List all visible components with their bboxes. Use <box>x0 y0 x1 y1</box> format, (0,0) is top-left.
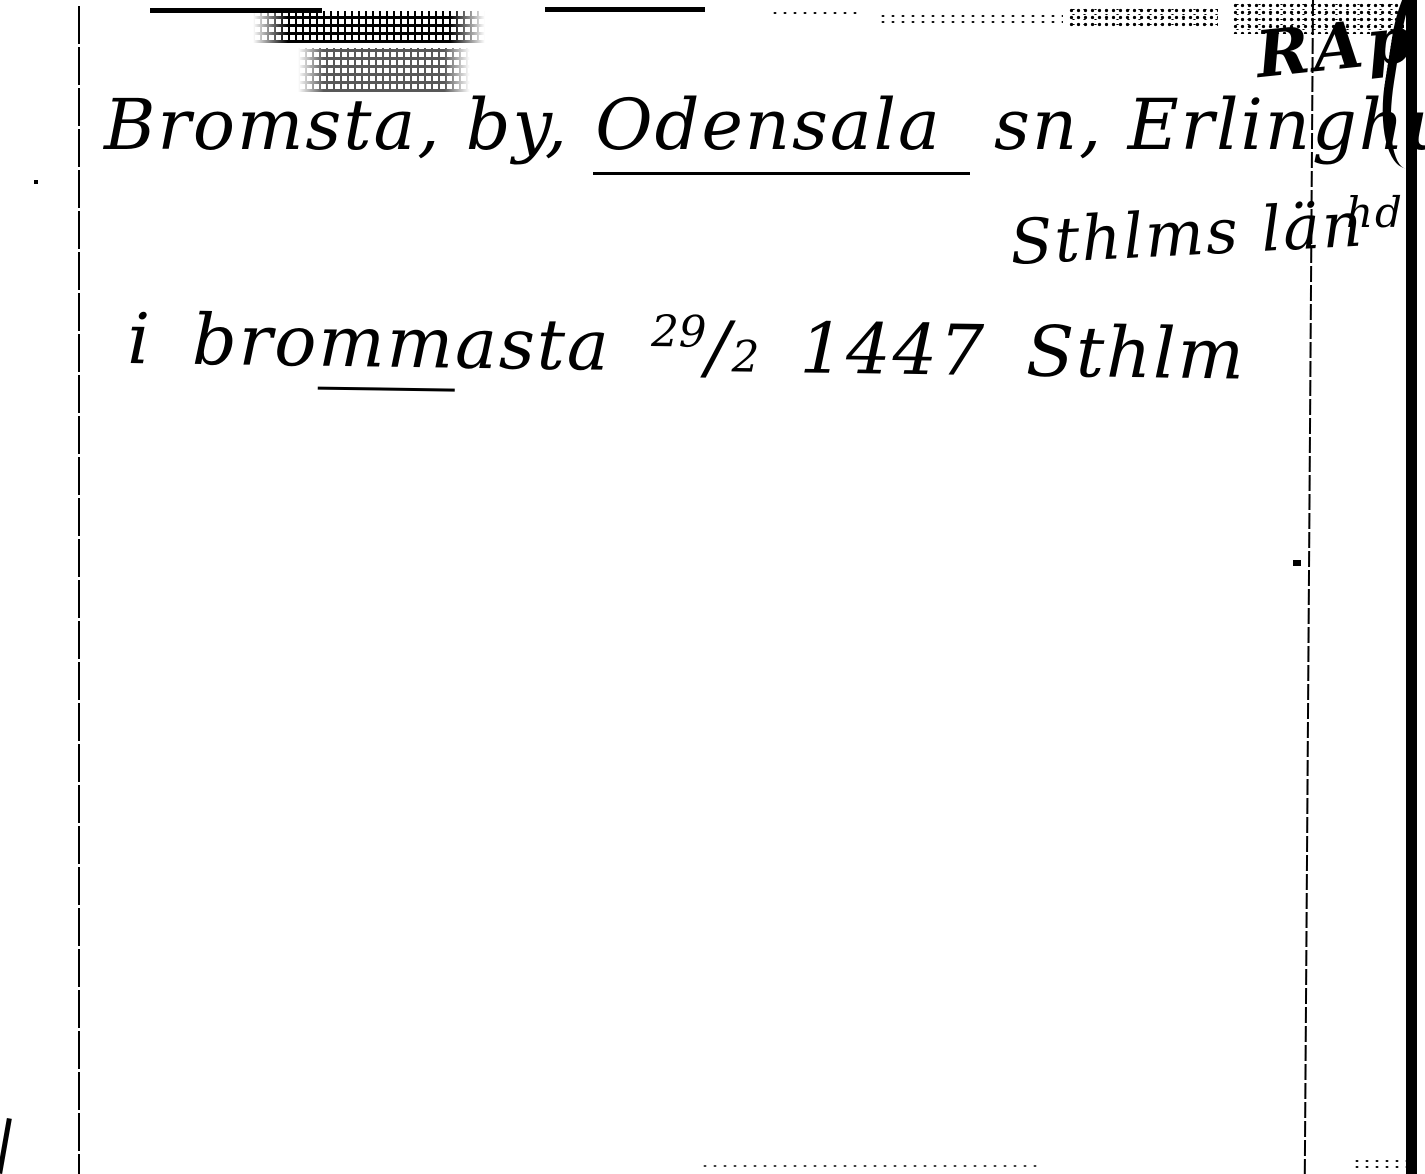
scan-noise-specks <box>1068 7 1218 27</box>
right-column-rule <box>1304 0 1314 1174</box>
scan-noise-specks <box>1352 1158 1412 1168</box>
scan-noise-dash <box>545 7 705 12</box>
scan-speck <box>34 180 38 184</box>
parish-name-underlined: Odensala <box>593 84 969 175</box>
parish-abbr: sn, <box>994 84 1103 166</box>
scan-noise-corner <box>0 1118 12 1174</box>
left-margin-rule <box>78 6 80 1174</box>
underlined-letters: mm <box>318 301 456 392</box>
cited-name-form: brommasta <box>192 299 612 392</box>
scan-noise-specks <box>878 13 1063 25</box>
place-name: Bromsta <box>104 84 417 166</box>
citation-line: i brommasta 29/2 1447 Sthlm <box>127 298 1247 396</box>
scan-right-edge <box>1406 0 1417 1174</box>
scanned-archive-card: RAp Bromsta, by, Odensala sn, Erlinghund… <box>0 0 1425 1174</box>
scan-noise-specks <box>700 1163 1040 1169</box>
date-month: 2 <box>731 332 759 382</box>
scan-speck <box>1293 560 1301 566</box>
scan-noise-ticks <box>253 11 485 43</box>
citation-intro: i <box>127 298 153 380</box>
scan-noise-specks <box>770 10 860 16</box>
source-place: Sthlm <box>1026 311 1247 396</box>
district-name: Erlinghundra <box>1128 84 1425 166</box>
heading-line: Bromsta, by, Odensala sn, Erlinghundra <box>104 84 1425 166</box>
year: 1447 <box>799 307 986 392</box>
date-day: 29 <box>651 307 707 358</box>
settlement-type: , by, <box>417 84 569 166</box>
date-fraction: 29/2 <box>650 305 760 389</box>
